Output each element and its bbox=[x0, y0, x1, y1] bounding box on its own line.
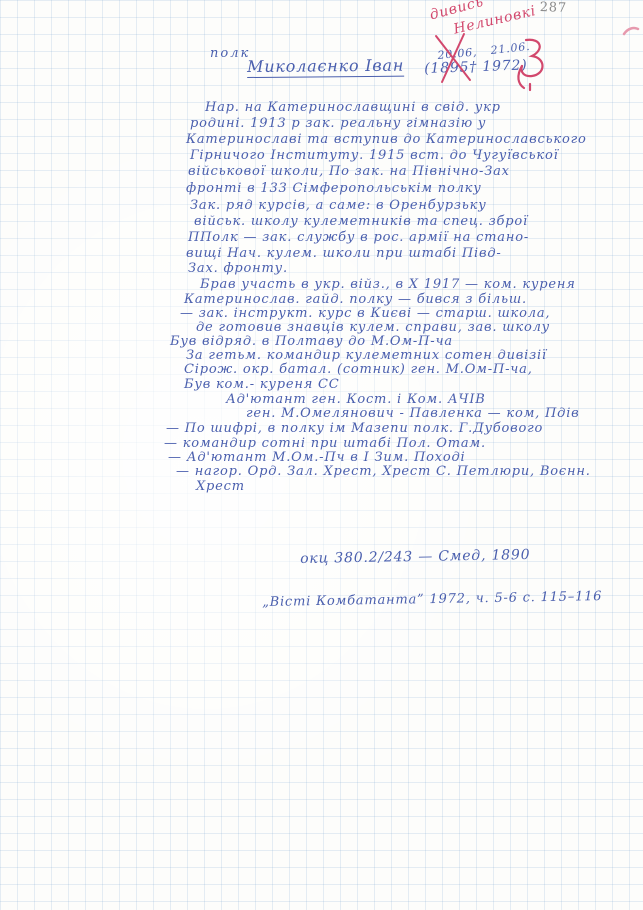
archive-reference: окц 380.2/243 — Смед, 1890 bbox=[300, 547, 530, 567]
body-line: Хрест bbox=[196, 479, 245, 494]
red-brace-mark bbox=[508, 36, 552, 94]
scanned-note-page: 287 дивись Нелиновкі полк Миколаєнко Іва… bbox=[0, 0, 643, 910]
body-line: ген. М.Омелянович - Павленка — ком, Пдів bbox=[246, 406, 580, 421]
source-citation: „Вісті Комбатанта” 1972, ч. 5-6 с. 115–1… bbox=[262, 589, 602, 610]
body-line: — По шифрі, в полку ім Мазепи полк. Г.Ду… bbox=[166, 421, 543, 436]
body-line: Катеринослав. гайд. полку — бився з біль… bbox=[184, 292, 527, 307]
body-line: Був ком.- куреня СС bbox=[184, 377, 340, 392]
body-line: Гірничого Інституту. 1915 вст. до Чугуїв… bbox=[190, 148, 559, 163]
page-number: 287 bbox=[539, 0, 567, 16]
body-line: — командир сотні при штабі Пол. Отам. bbox=[164, 436, 486, 451]
body-line: військ. школу кулеметників та спец. збро… bbox=[194, 214, 528, 229]
body-line: — Ад'ютант М.Ом.-Пч в І Зим. Поході bbox=[168, 450, 466, 465]
body-line: Ад'ютант ген. Кост. і Ком. АЧІВ bbox=[226, 392, 486, 407]
body-line: де готовив знавців кулем. справи, зав. ш… bbox=[196, 320, 550, 335]
body-line: Сірож. окр. батал. (сотник) ген. М.Ом-П-… bbox=[184, 362, 533, 377]
person-name-text: Миколаєнко Іван bbox=[247, 56, 404, 78]
body-line: Нар. на Катеринославщині в свід. укр bbox=[205, 100, 501, 115]
body-line: — нагор. Орд. Зал. Хрест, Хрест С. Петлю… bbox=[176, 464, 591, 479]
body-line: вищі Нач. кулем. школи при штабі Півд- bbox=[186, 246, 502, 261]
red-cross-out-mark bbox=[430, 32, 482, 84]
body-line: За гетьм. командир кулеметних сотен диві… bbox=[186, 348, 547, 363]
body-line: Брав участь в укр. війз., в X 1917 — ком… bbox=[200, 277, 576, 292]
body-line: Зак. ряд курсів, а саме: в Оренбурзьку bbox=[190, 198, 487, 213]
rank-label: полк bbox=[210, 46, 250, 61]
body-line: Був відряд. в Полтаву до М.Ом-П-ча bbox=[170, 334, 453, 349]
body-line: Зах. фронту. bbox=[188, 261, 288, 276]
red-edge-smudge bbox=[622, 24, 640, 38]
body-line: військової школи, По зак. на Північно-За… bbox=[188, 164, 510, 179]
person-name: Миколаєнко Іван bbox=[247, 56, 404, 76]
body-line: Катеринославі та вступив до Катеринослав… bbox=[186, 132, 587, 147]
body-line: фронті в 133 Сімферопольськім полку bbox=[186, 181, 482, 196]
body-line: — зак. інструкт. курс в Києві — старш. ш… bbox=[180, 306, 550, 321]
body-line: родині. 1913 р зак. реальну гімназію у bbox=[190, 116, 486, 131]
body-line: ППолк — зак. службу в рос. армії на стан… bbox=[188, 230, 529, 245]
